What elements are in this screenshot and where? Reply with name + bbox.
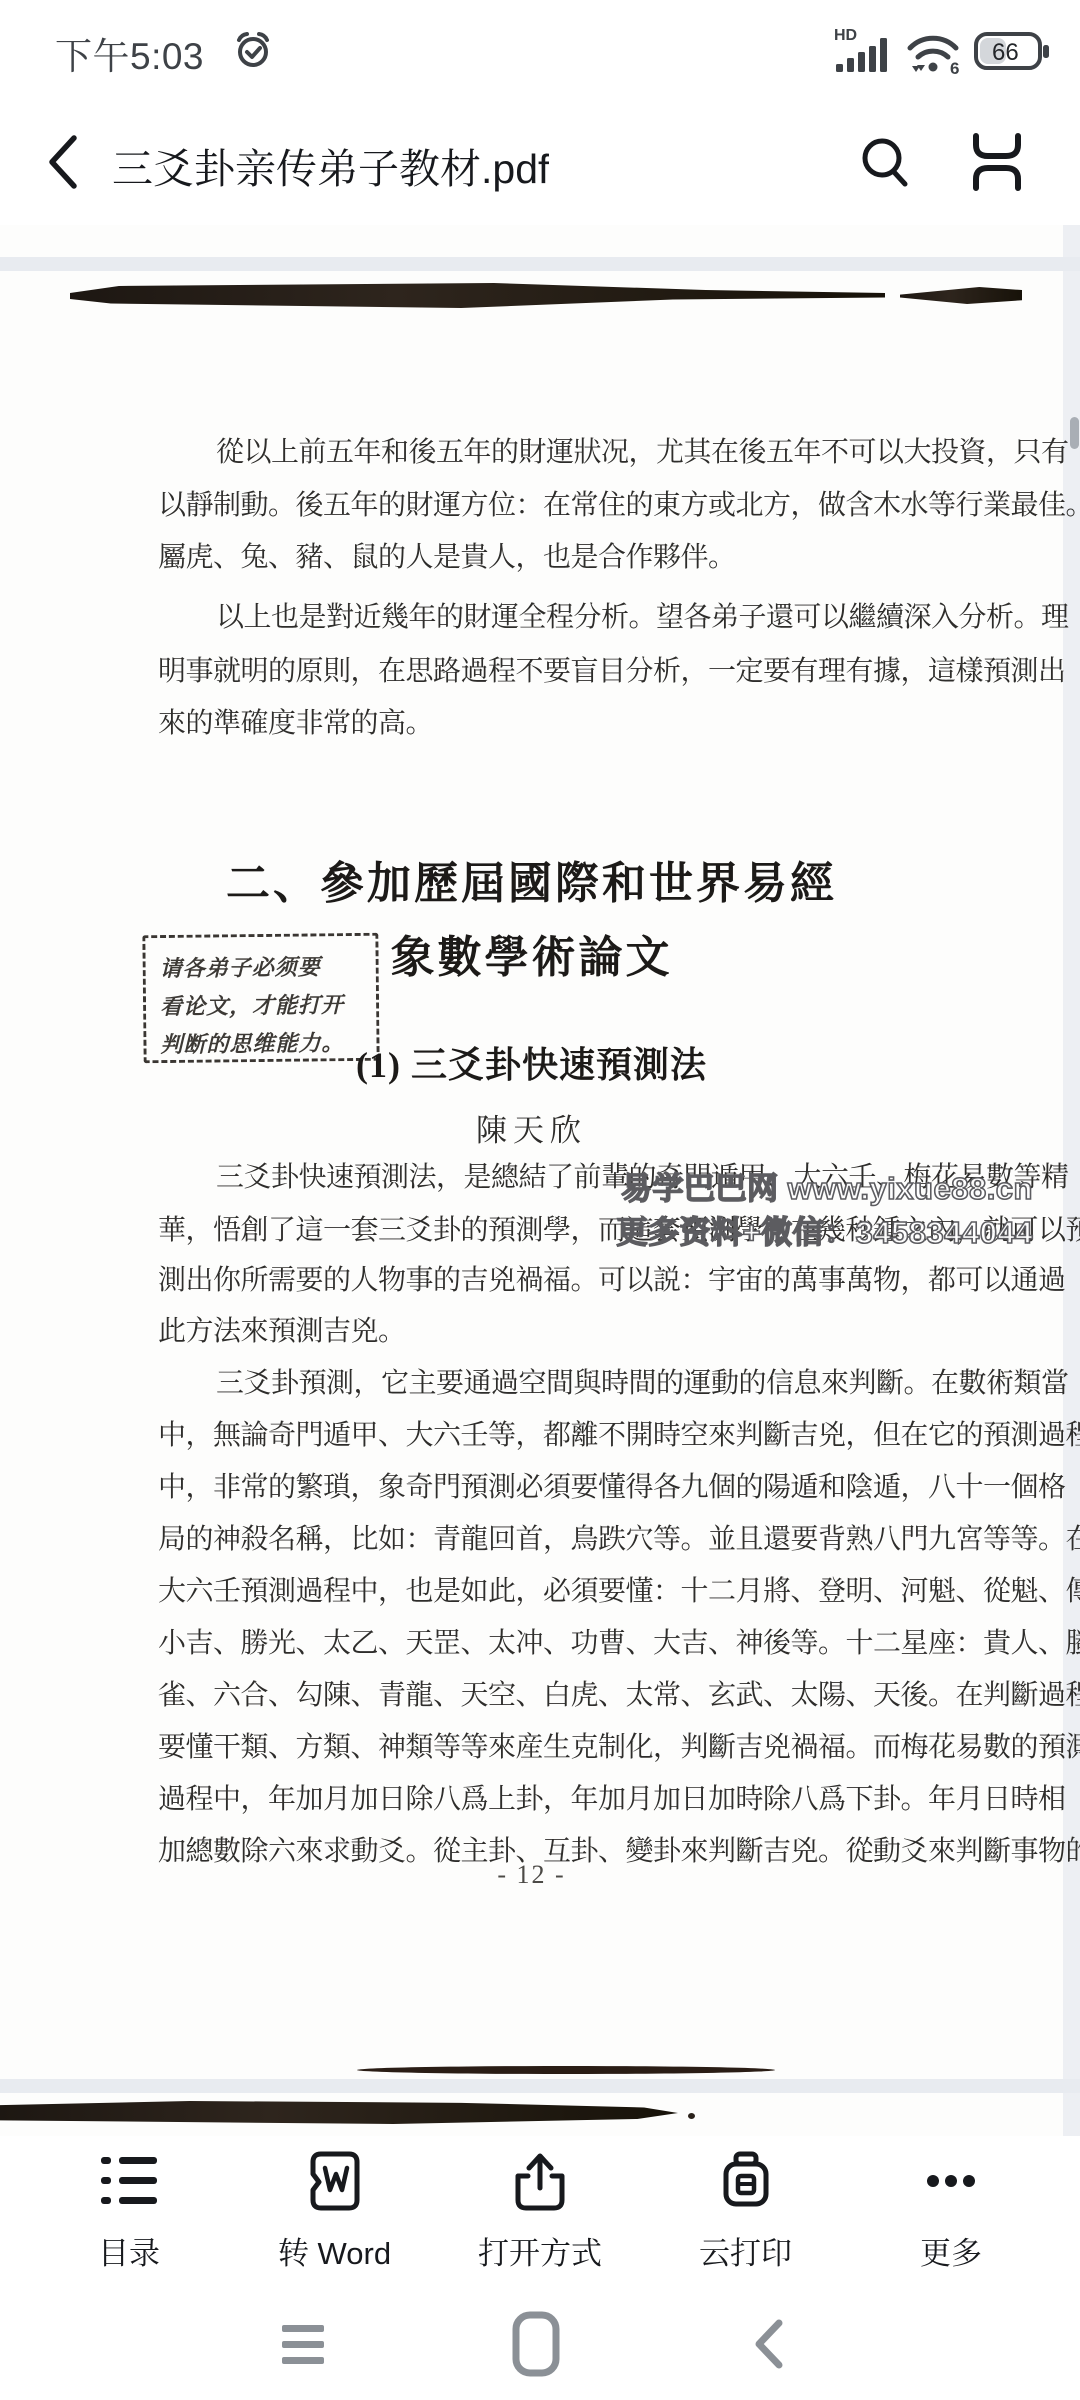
scan-line-bottom bbox=[357, 2066, 775, 2074]
pdf-page: 從以上前五年和後五年的財運狀况，尤其在後五年不可以大投資，只有 以靜制動。後五年… bbox=[0, 225, 1063, 2136]
home-square-icon[interactable] bbox=[496, 2304, 576, 2384]
toolbar-item-cloud-print[interactable]: 云打印 bbox=[661, 2136, 831, 2286]
toolbar-item-more[interactable]: 更多 bbox=[866, 2136, 1036, 2286]
battery-percent: 66 bbox=[992, 39, 1019, 66]
body-line: 此方法來預測吉兇。 bbox=[158, 1309, 1048, 1349]
body-line: 屬虎、兔、豬、鼠的人是貴人，也是合作夥伴。 bbox=[158, 535, 1048, 575]
body-line: 從以上前五年和後五年的財運狀况，尤其在後五年不可以大投資，只有 bbox=[158, 430, 1080, 470]
wifi-icon: 6 bbox=[904, 26, 962, 79]
document-title: 三爻卦亲传弟子教材.pdf bbox=[112, 136, 549, 195]
body-line: 以上也是對近幾年的財運全程分析。望各弟子還可以繼續深入分析。理 bbox=[158, 595, 1080, 635]
body-line: 三爻卦預測，它主要通過空間與時間的運動的信息來判斷。在數術類當 bbox=[158, 1361, 1080, 1401]
scan-smudge-top-right bbox=[900, 287, 1022, 304]
tabs-icon[interactable] bbox=[966, 130, 1028, 194]
note-line: 请各弟子必须要 bbox=[159, 948, 365, 988]
recents-hamburger-icon[interactable] bbox=[263, 2304, 343, 2384]
hd-label: HD bbox=[834, 27, 857, 44]
toolbar-label: 转 Word bbox=[278, 2228, 391, 2273]
system-nav-bar bbox=[0, 2286, 1080, 2400]
signal-bars-icon: HD bbox=[834, 26, 892, 79]
toolbar-label: 目录 bbox=[98, 2228, 160, 2273]
scan-smudge-bottom bbox=[0, 2101, 678, 2124]
toolbar-item-to-word[interactable]: 转 Word bbox=[250, 2136, 420, 2286]
page-number: - 12 - bbox=[0, 1860, 1063, 1890]
toolbar-label: 更多 bbox=[920, 2228, 982, 2273]
body-line: 測出你所需要的人物事的吉兇禍福。可以説：宇宙的萬事萬物，都可以通過 bbox=[158, 1258, 1048, 1298]
pdf-viewport[interactable]: 從以上前五年和後五年的財運狀况，尤其在後五年不可以大投資，只有 以靜制動。後五年… bbox=[0, 225, 1080, 2136]
sub-heading: (1) 三爻卦快速預測法 bbox=[0, 1037, 1063, 1088]
battery-icon: 66 bbox=[974, 26, 1052, 79]
status-bar: 下午5:03 HD 6 bbox=[0, 0, 1080, 100]
body-line: 中，無論奇門遁甲、大六壬等，都離不開時空來判斷吉兇，但在它的預測過程 bbox=[158, 1413, 1048, 1453]
share-open-icon bbox=[508, 2148, 572, 2214]
toolbar-label: 打开方式 bbox=[478, 2228, 602, 2273]
more-dots-icon bbox=[919, 2148, 983, 2214]
toolbar-label: 云打印 bbox=[699, 2228, 792, 2273]
page-separator bbox=[0, 2079, 1080, 2093]
alarm-icon bbox=[233, 30, 273, 75]
status-time: 下午5:03 bbox=[55, 26, 204, 80]
toolbar-item-toc[interactable]: 目录 bbox=[44, 2136, 214, 2286]
watermark-wechat: 更多资料+微信：3458344044 bbox=[616, 1207, 1033, 1252]
back-chevron-icon[interactable] bbox=[40, 130, 90, 194]
search-icon[interactable] bbox=[855, 130, 915, 194]
word-convert-icon bbox=[303, 2148, 367, 2214]
cloud-print-icon bbox=[714, 2148, 778, 2214]
scrollbar-thumb[interactable] bbox=[1070, 417, 1079, 449]
body-line: 要懂干類、方類、神類等等來産生克制化，判斷吉兇禍福。而梅花易數的預測 bbox=[158, 1725, 1048, 1765]
toolbar-item-open-with[interactable]: 打开方式 bbox=[455, 2136, 625, 2286]
body-line: 來的準確度非常的高。 bbox=[158, 701, 1048, 741]
author-name: 陳天欣 bbox=[0, 1105, 1063, 1150]
body-line: 局的神殺名稱，比如：青龍回首，鳥跌穴等。並且還要背熟八門九宮等等。在 bbox=[158, 1517, 1048, 1557]
body-line: 過程中，年加月加日除八爲上卦，年加月加日加時除八爲下卦。年月日時相 bbox=[158, 1777, 1048, 1817]
body-line: 小吉、勝光、太乙、天罡、太冲、功曹、大吉、神後等。十二星座：貴人、螣蛇、朱 bbox=[158, 1621, 1048, 1661]
body-line: 明事就明的原則，在思路過程不要盲目分析，一定要有理有據，這樣預測出 bbox=[158, 649, 1048, 689]
note-line: 看论文，才能打开 bbox=[160, 986, 366, 1026]
scan-smudge-top bbox=[70, 283, 885, 308]
watermark-site: 易学巴巴网 www.yixue88.cn bbox=[621, 1163, 1033, 1208]
page-separator bbox=[0, 257, 1080, 271]
back-arrow-icon[interactable] bbox=[730, 2304, 810, 2384]
toc-list-icon bbox=[97, 2148, 161, 2214]
section-heading: 二、參加歷屆國際和世界易經 bbox=[0, 847, 1063, 911]
body-line: 以靜制動。後五年的財運方位：在常住的東方或北方，做含木水等行業最佳。 bbox=[158, 483, 1048, 523]
body-line: 大六壬預測過程中，也是如此，必須要懂：十二月將、登明、河魁、從魁、傳送、 bbox=[158, 1569, 1048, 1609]
scan-dot bbox=[688, 2113, 695, 2119]
app-header: 三爻卦亲传弟子教材.pdf bbox=[0, 100, 1080, 225]
status-icons: HD 6 66 bbox=[834, 26, 1052, 79]
body-line: 雀、六合、勾陳、青龍、天空、白虎、太常、玄武、太陽、天後。在判斷過程中，還 bbox=[158, 1673, 1048, 1713]
bottom-toolbar: 目录 转 Word 打开方式 云打 bbox=[0, 2136, 1080, 2286]
body-line: 中，非常的繁瑣，象奇門預測必須要懂得各九個的陽遁和陰遁，八十一個格 bbox=[158, 1465, 1048, 1505]
wifi6-label: 6 bbox=[950, 59, 959, 74]
